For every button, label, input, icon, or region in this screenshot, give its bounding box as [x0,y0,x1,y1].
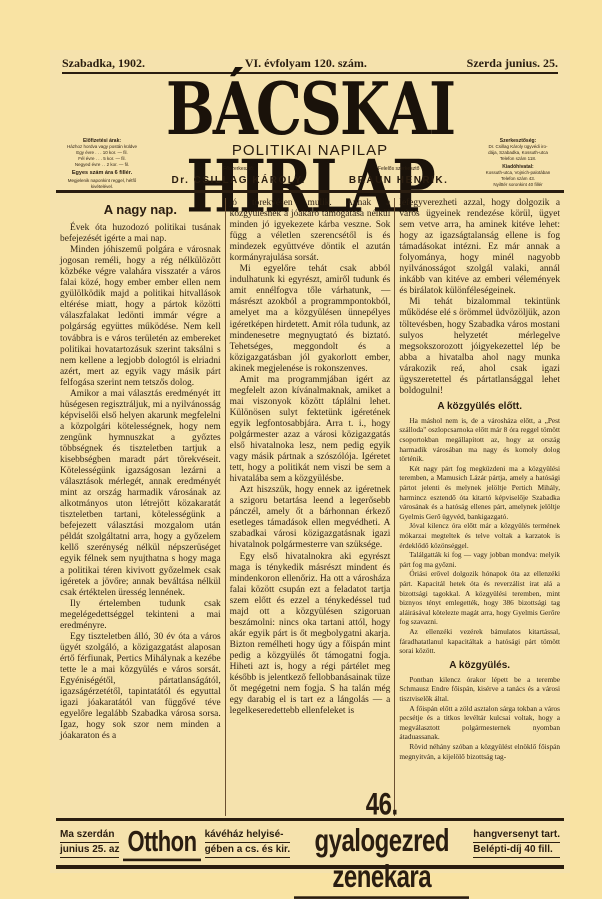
paragraph: Amikor a mai választás eredményét itt hü… [60,389,221,599]
column-2: jó törekvésen mulik. Annak a közgyülésne… [225,198,395,816]
classified-note: Nyilttér soronkint 40 fillér [472,182,564,188]
ad-text: Belépti-díj 40 fill. [473,843,560,858]
office-line: Telefon szám 118. [472,156,564,162]
column-3: lefegyverezheti azzal, hogy dolgozik a v… [394,198,564,816]
editors: Főszerkesztő: Dr. CSILLAG KÁROLY. Felelő… [150,166,470,186]
publication-note: Megjelenik naponkint reggel, hétfő kivét… [56,178,148,190]
ad-band: 46. gyalogezred zenekara [294,787,469,891]
ad-text: Ma szerdán [60,828,119,843]
paragraph: lefegyverezheti azzal, hogy dolgozik a v… [399,198,560,297]
paragraph: Két nagy párt fog megküzdeni ma a közgyü… [399,464,560,522]
paragraph: Egy első hivatalnokra aki egyrészt maga … [230,552,391,718]
ad-text: gében a cs. és kir. [205,843,291,858]
paragraph: A főispán előtt a zöld asztalon sárga to… [399,704,560,742]
paragraph: Minden jóhiszemű polgára e városnak jogo… [60,245,221,389]
article-title: A nagy nap. [60,204,221,215]
paragraph: Pontban kilencz órakor lépett be a terem… [399,675,560,704]
paragraph: Találgatták ki fog — vagy jobban mondva:… [399,550,560,569]
subscription-line: Negyed évre . . 2 kor. — fil. [56,162,148,168]
masthead-rule [56,190,564,193]
paragraph: Évek óta huzodozó politikai tusának befe… [60,223,221,245]
paragraph: Ha máshol nem is, de a városháza előtt, … [399,416,560,464]
editor-role: Főszerkesztő: [172,166,306,172]
editor-in-chief: Főszerkesztő: Dr. CSILLAG KÁROLY. [172,166,306,186]
article-title: A közgyülés. [399,660,560,671]
issue-date: Szerda junius. 25. [467,56,558,71]
editor-name: Dr. CSILLAG KÁROLY. [172,175,306,186]
editor-role: Felelős szerkesztő [349,166,449,172]
paragraph: Óriási erővel dolgozik hónapok óta az el… [399,569,560,627]
paragraph: Jóval kilencz óra előtt már a közgyülés … [399,521,560,550]
ad-location: kávéház helyisé- gében a cs. és kir. [201,828,295,858]
article-title: A közgyülés előtt. [399,401,560,412]
paragraph: jó törekvésen mulik. Annak a közgyülésne… [230,198,391,264]
responsible-editor: Felelős szerkesztő BRAUN HENRIK. [349,166,449,186]
paragraph: Egy tiszteletben álló, 30 év óta a város… [60,632,221,742]
editor-name: BRAUN HENRIK. [349,175,449,186]
paragraph: Mi tehát bizalommal tekintünk működése e… [399,297,560,396]
paragraph: Rövid néhány szóban a közgyülést elnöklő… [399,742,560,761]
paragraph: Amit ma programmjában igért az megfelelt… [230,375,391,485]
ad-text: kávéház helyisé- [205,828,291,843]
article-body: Pontban kilencz órakor lépett be a terem… [399,675,560,761]
paragraph: Mi egyelőre tehát csak abból indulhatunk… [230,264,391,374]
column-1: A nagy nap. Évek óta huzodozó politikai … [56,198,225,816]
article-body: Ha máshol nem is, de a városháza előtt, … [399,416,560,656]
place-year: Szabadka, 1902. [62,56,145,71]
ad-text: hangversenyt tart. [473,828,560,843]
article-columns: A nagy nap. Évek óta huzodozó politikai … [56,198,564,816]
ad-admission: hangversenyt tart. Belépti-díj 40 fill. [469,828,564,858]
concert-advertisement: Ma szerdán junius 25. az Otthon kávéház … [56,818,564,869]
newspaper-page: Szabadka, 1902. VI. évfolyam 120. szám. … [50,50,570,873]
paragraph: Ily értelemben tudunk csak megelégedetts… [60,599,221,632]
single-price: Egyes szám ára 6 fillér. [56,170,148,176]
ad-text: junius 25. az [60,843,119,858]
editorial-office-box: Szerkesztőség: Dr. Csillag Károly ügyvéd… [472,138,564,188]
ad-date: Ma szerdán junius 25. az [56,828,123,858]
ad-venue: Otthon [123,825,200,861]
paragraph: Azt hiszszük, hogy ennek az igéretnek a … [230,485,391,551]
paragraph: Az ellenzéki vezérek bámulatos kitartáss… [399,627,560,656]
